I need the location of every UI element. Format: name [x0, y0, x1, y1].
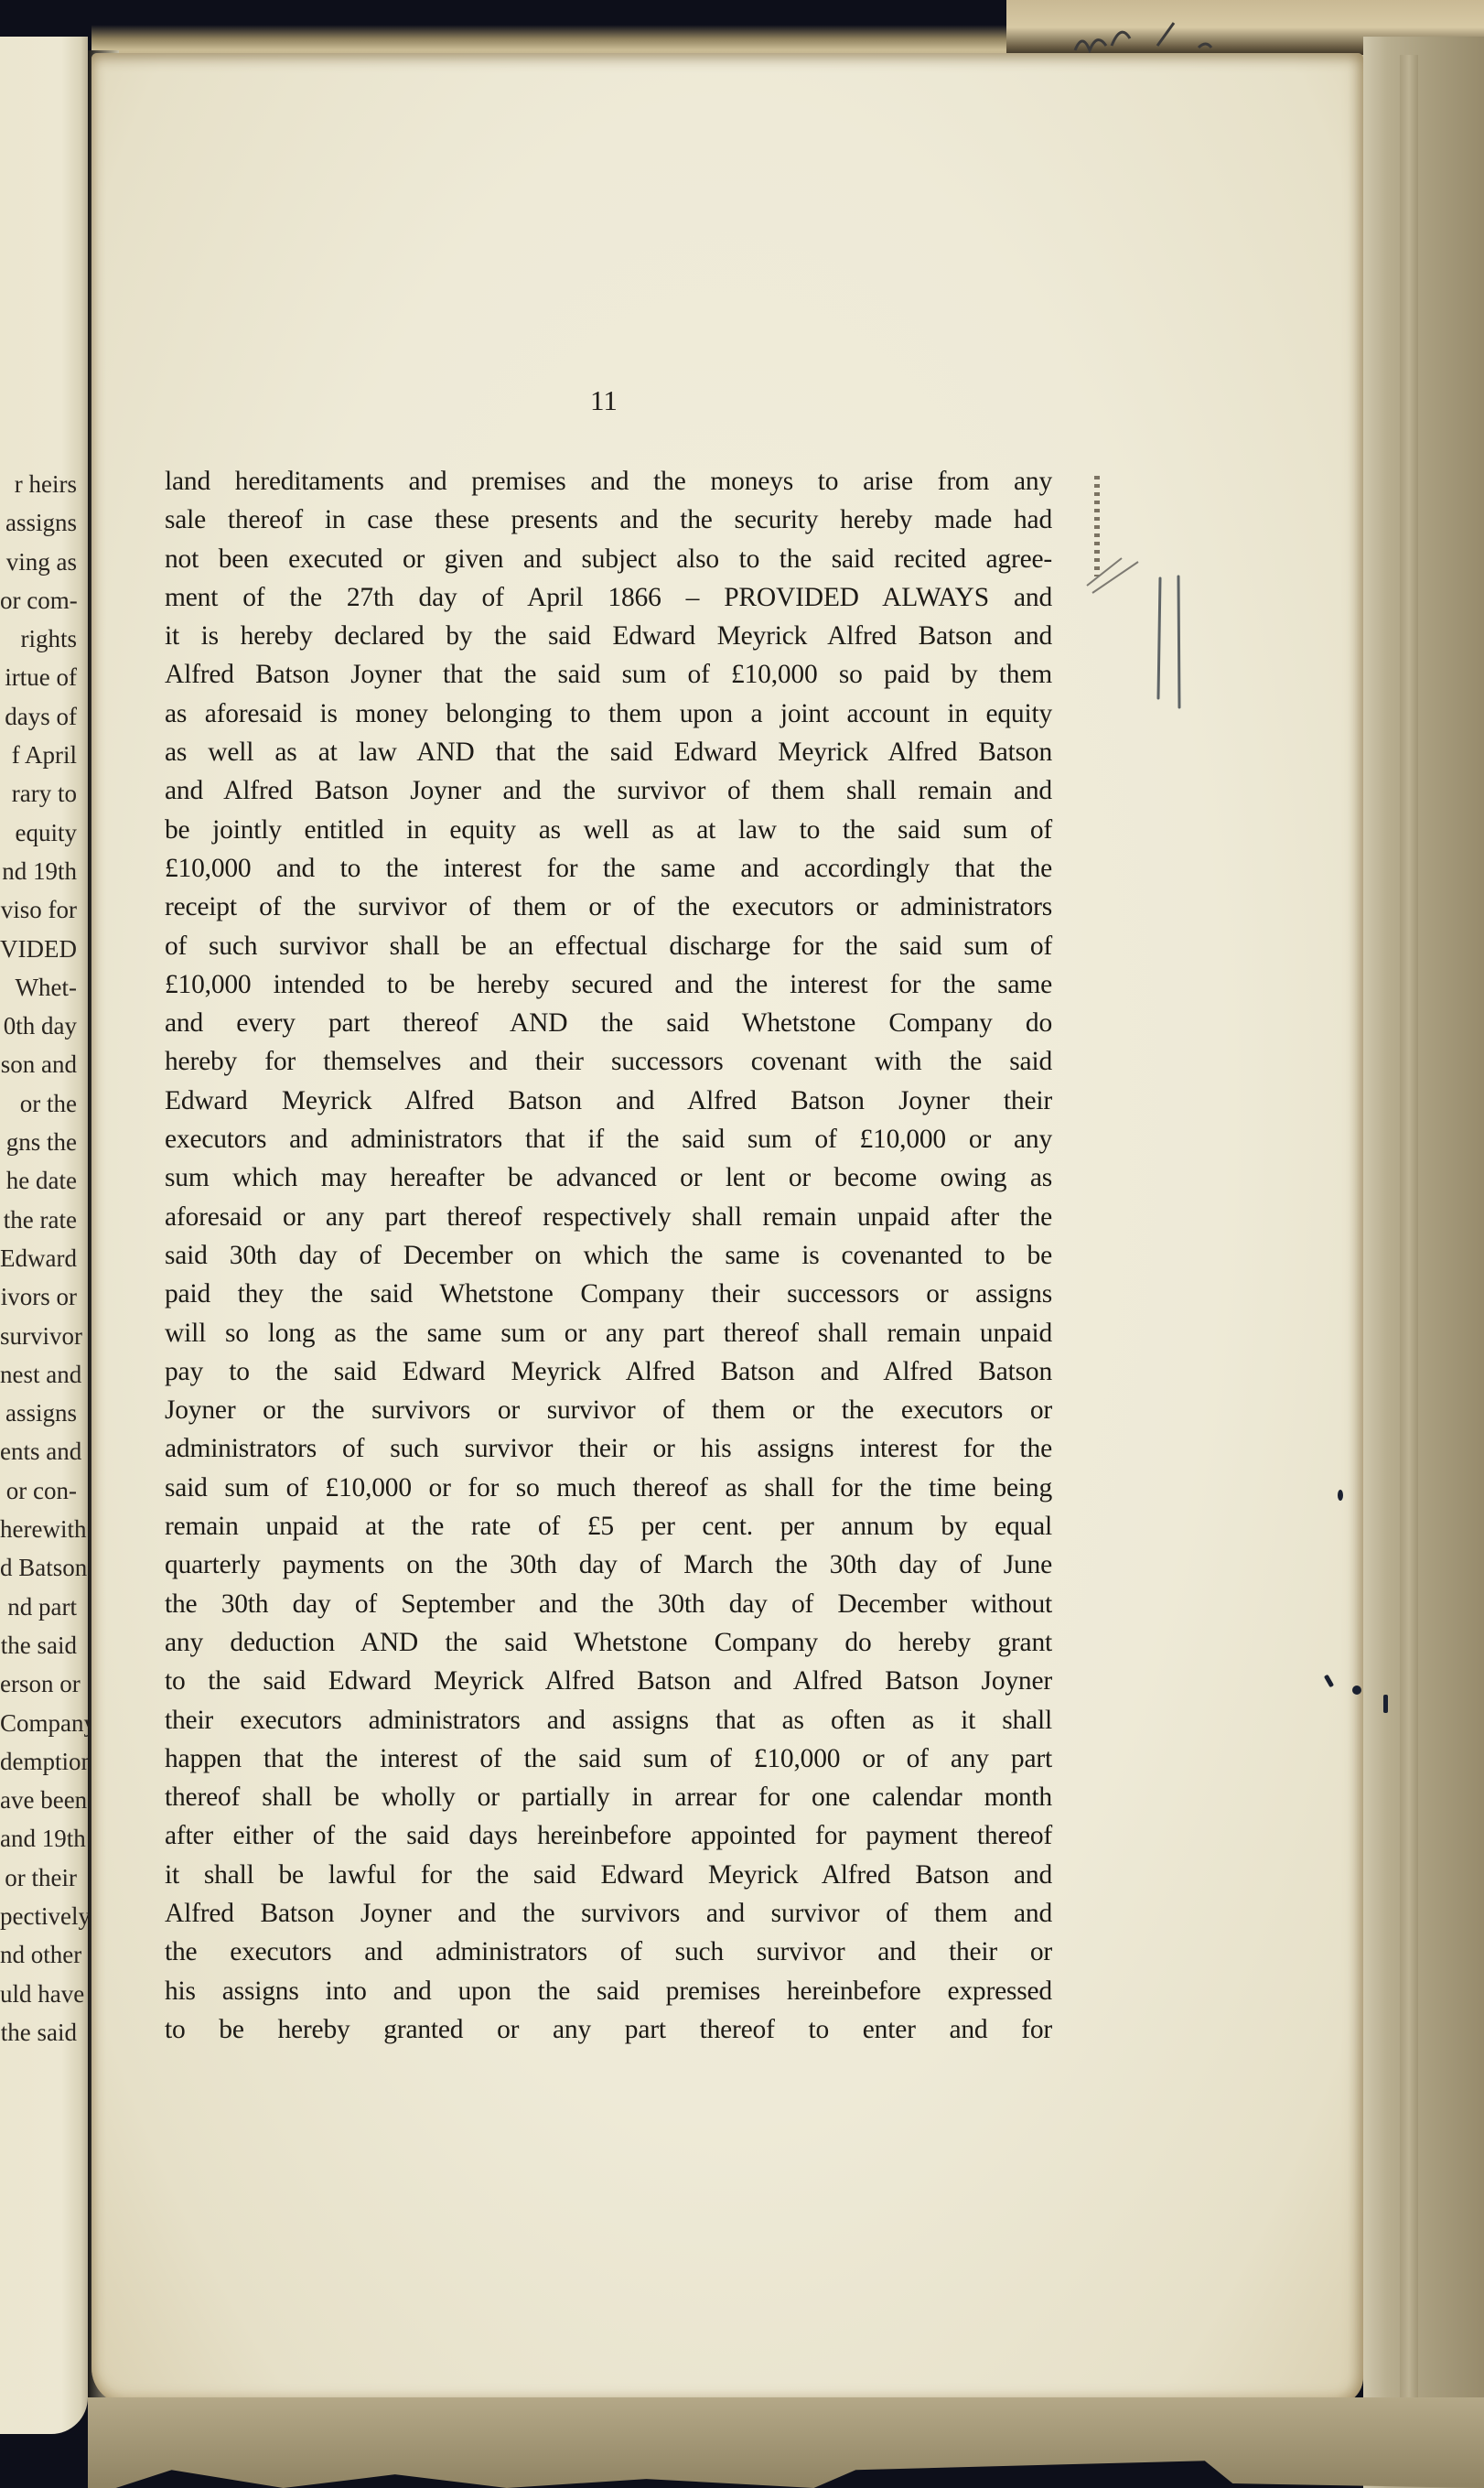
- left-page-text-fragment: herewith: [0, 1510, 88, 1548]
- text-line: receipt of the survivor of them or of th…: [165, 888, 1052, 926]
- text-line: their executors administrators and assig…: [165, 1701, 1052, 1739]
- text-line: it shall be lawful for the said Edward M…: [165, 1856, 1052, 1894]
- left-page-text-fragment: pectively: [0, 1897, 88, 1935]
- text-line: any deduction AND the said Whetstone Com…: [165, 1623, 1052, 1662]
- text-line: and Alfred Batson Joyner and the survivo…: [165, 771, 1052, 810]
- text-line: not been executed or given and subject a…: [165, 540, 1052, 578]
- left-page-text-fragment: or con-: [0, 1471, 88, 1510]
- left-page-text-fragment: Whet-: [0, 968, 88, 1007]
- text-line: administrators of such survivor their or…: [165, 1429, 1052, 1468]
- text-line: Alfred Batson Joyner that the said sum o…: [165, 655, 1052, 694]
- text-line: sum which may hereafter be advanced or l…: [165, 1158, 1052, 1197]
- left-page-text-fragment: survivor: [0, 1317, 88, 1355]
- left-page-text-fragment: ivors or: [0, 1277, 88, 1316]
- text-line: the 30th day of September and the 30th d…: [165, 1585, 1052, 1623]
- pencil-slash-mark: [1085, 549, 1140, 595]
- left-page-text-fragment: ving as: [0, 543, 88, 581]
- left-page-text-fragment: the said: [0, 1626, 88, 1664]
- page-number: 11: [590, 384, 618, 417]
- left-page-text-fragment: 0th day: [0, 1007, 88, 1045]
- text-line: to the said Edward Meyrick Alfred Batson…: [165, 1662, 1052, 1700]
- left-page-text-fragment: f April: [0, 736, 88, 774]
- text-line: to be hereby granted or any part thereof…: [165, 2010, 1052, 2049]
- text-line: as well as at law AND that the said Edwa…: [165, 733, 1052, 771]
- text-line: and every part thereof AND the said Whet…: [165, 1004, 1052, 1042]
- left-page-text-fragment: rary to: [0, 774, 88, 813]
- left-page-text-fragment: nest and: [0, 1355, 88, 1394]
- text-line: executors and administrators that if the…: [165, 1120, 1052, 1158]
- left-page-text-fragment: the said: [0, 2013, 88, 2052]
- left-page-text-fragment: he date: [0, 1161, 88, 1200]
- left-page-text-fragment: the rate: [0, 1201, 88, 1239]
- text-line: ment of the 27th day of April 1866 – PRO…: [165, 578, 1052, 617]
- left-page-text-fragment: Edward: [0, 1239, 88, 1277]
- text-line: thereof shall be wholly or partially in …: [165, 1778, 1052, 1816]
- text-line: his assigns into and upon the said premi…: [165, 1972, 1052, 2010]
- text-line: paid they the said Whetstone Company the…: [165, 1275, 1052, 1313]
- tattered-bottom-edge: [88, 2397, 1484, 2488]
- left-page-text-fragment: rights: [0, 619, 88, 658]
- text-line: the executors and administrators of such…: [165, 1933, 1052, 1971]
- text-line: Alfred Batson Joyner and the survivors a…: [165, 1894, 1052, 1933]
- body-text: land hereditaments and premises and the …: [165, 462, 1052, 2049]
- left-page-text-fragment: assigns: [0, 503, 88, 542]
- left-page-text-fragment: uld have: [0, 1975, 88, 2013]
- left-page-text-fragment: son and: [0, 1045, 88, 1083]
- text-line: happen that the interest of the said sum…: [165, 1739, 1052, 1778]
- left-page-text-fragment: or their: [0, 1858, 88, 1897]
- left-page-text-fragment: nd 19th: [0, 852, 88, 890]
- left-page-text-fragment: ave been: [0, 1781, 88, 1819]
- left-page-text-fragment: and 19th: [0, 1819, 88, 1858]
- text-line: said 30th day of December on which the s…: [165, 1236, 1052, 1275]
- left-page-text-fragment: or com-: [0, 581, 88, 619]
- text-line: £10,000 and to the interest for the same…: [165, 849, 1052, 888]
- left-page-text-fragment: nd part: [0, 1588, 88, 1626]
- text-line: remain unpaid at the rate of £5 per cent…: [165, 1507, 1052, 1546]
- book-board-edge: [1363, 37, 1484, 2488]
- text-line: land hereditaments and premises and the …: [165, 462, 1052, 501]
- text-line: said sum of £10,000 or for so much there…: [165, 1469, 1052, 1507]
- ink-spot: [1352, 1686, 1361, 1695]
- text-line: £10,000 intended to be hereby secured an…: [165, 965, 1052, 1004]
- left-page-text-fragment: days of: [0, 697, 88, 736]
- text-line: of such survivor shall be an effectual d…: [165, 927, 1052, 965]
- text-line: Joyner or the survivors or survivor of t…: [165, 1391, 1052, 1429]
- board-inner-strip: [1400, 55, 1418, 2397]
- text-line: sale thereof in case these presents and …: [165, 501, 1052, 539]
- handwritten-scribble-top: [1070, 18, 1345, 55]
- text-line: will so long as the same sum or any part…: [165, 1314, 1052, 1352]
- left-page-text-fragment: VIDED: [0, 930, 88, 968]
- ink-spot: [1338, 1490, 1343, 1501]
- text-line: after either of the said days hereinbefo…: [165, 1816, 1052, 1855]
- ink-spot: [1383, 1695, 1388, 1713]
- left-page-text-fragment: r heirs: [0, 465, 88, 503]
- text-line: as aforesaid is money belonging to them …: [165, 695, 1052, 733]
- left-page-text-fragment: nd other: [0, 1935, 88, 1974]
- left-page-text-fragment: erson or: [0, 1664, 88, 1703]
- text-line: Edward Meyrick Alfred Batson and Alfred …: [165, 1082, 1052, 1120]
- left-page-text-fragment: gns the: [0, 1123, 88, 1161]
- left-page-text-fragment: d Batson: [0, 1548, 88, 1587]
- left-page-text-fragment: demption: [0, 1742, 88, 1781]
- text-line: aforesaid or any part thereof respective…: [165, 1198, 1052, 1236]
- left-page-text-fragment: viso for: [0, 890, 88, 929]
- left-page-text: r heirsassignsving asor com-rightsirtue …: [0, 465, 88, 2052]
- left-page-fragment: r heirsassignsving asor com-rightsirtue …: [0, 37, 88, 2434]
- text-line: hereby for themselves and their successo…: [165, 1042, 1052, 1081]
- left-page-text-fragment: assigns: [0, 1394, 88, 1432]
- left-page-text-fragment: irtue of: [0, 658, 88, 696]
- left-page-text-fragment: or the: [0, 1084, 88, 1123]
- text-line: quarterly payments on the 30th day of Ma…: [165, 1546, 1052, 1584]
- left-page-text-fragment: equity: [0, 813, 88, 852]
- handwritten-page-number-11: [1155, 575, 1182, 712]
- text-line: pay to the said Edward Meyrick Alfred Ba…: [165, 1352, 1052, 1391]
- text-line: be jointly entitled in equity as well as…: [165, 811, 1052, 849]
- left-page-text-fragment: ents and: [0, 1432, 88, 1470]
- text-line: it is hereby declared by the said Edward…: [165, 617, 1052, 655]
- left-page-text-fragment: Company: [0, 1704, 88, 1742]
